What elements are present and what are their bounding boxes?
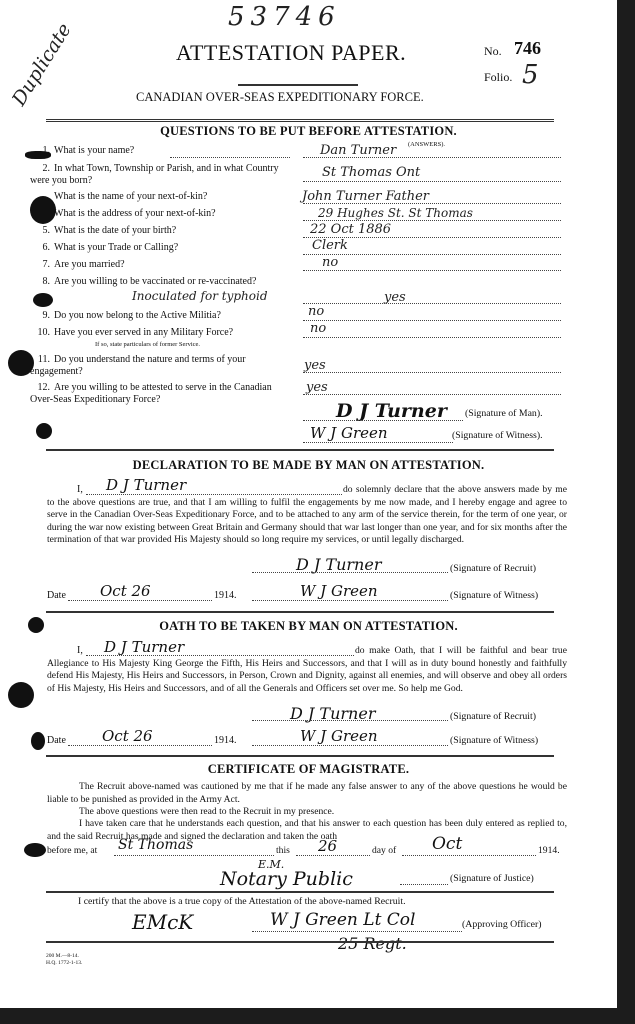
declaration-witness-line <box>252 600 448 601</box>
magistrate-before-label: before me, at <box>47 845 97 856</box>
question-10: 10.Have you ever served in any Military … <box>30 327 300 339</box>
oath-divider <box>46 755 554 757</box>
answer-10-line <box>303 337 561 338</box>
oath-signature-recruit-label: (Signature of Recruit) <box>450 711 536 722</box>
magistrate-para-2: The above questions were then read to th… <box>47 806 567 819</box>
answer-1-line <box>303 157 561 158</box>
answer-4-line <box>303 220 561 221</box>
answer-understand: yes <box>304 358 326 373</box>
answer-willing-attest: yes <box>306 380 328 395</box>
declaration-signature-recruit-label: (Signature of Recruit) <box>450 563 536 574</box>
answer-11-line <box>303 372 561 373</box>
answer-8-line <box>303 303 561 304</box>
document-subtitle: CANADIAN OVER-SEAS EXPEDITIONARY FORCE. <box>136 90 424 105</box>
questions-divider <box>46 449 554 451</box>
question-next-of-kin-name: What is the name of your next-of-kin? <box>54 191 294 203</box>
questions-section-title: QUESTIONS TO BE PUT BEFORE ATTESTATION. <box>0 124 617 139</box>
magistrate-day-line <box>296 855 370 856</box>
magistrate-year: 1914. <box>538 845 560 856</box>
punch-hole <box>36 423 52 439</box>
magistrate-signature: Notary Public <box>220 868 353 890</box>
oath-date-line <box>68 745 212 746</box>
declaration-recruit-line <box>252 572 448 573</box>
oath-signature-witness-label: (Signature of Witness) <box>450 735 538 746</box>
signature-of-witness: W J Green <box>310 424 388 442</box>
answer-birthplace: St Thomas Ont <box>322 165 420 180</box>
punch-hole <box>8 682 34 708</box>
vaccination-margin-note: Inoculated for typhoid <box>132 289 268 303</box>
answer-3-line <box>303 203 561 204</box>
question-8: 8.Are you willing to be vaccinated or re… <box>30 276 292 288</box>
question-7: 7.Are you married? <box>30 259 292 271</box>
header-divider <box>46 119 554 122</box>
signature-of-man: D J Turner <box>336 400 447 422</box>
punch-hole <box>31 732 45 750</box>
question-1-leader <box>170 157 290 158</box>
declaration-signature-witness: W J Green <box>300 582 378 600</box>
answer-next-of-kin-name: John Turner Father <box>302 189 429 204</box>
oath-recruit-line <box>252 720 448 721</box>
declaration-date-label: Date <box>47 590 66 601</box>
declaration-year: 1914. <box>214 590 237 601</box>
attestation-paper: 53746 Duplicate ATTESTATION PAPER. CANAD… <box>0 0 617 1008</box>
magistrate-place-line <box>114 855 274 856</box>
duplicate-annotation: Duplicate <box>8 19 76 109</box>
question-10-subtext: If so, state particulars of former Servi… <box>95 341 200 348</box>
certification-divider <box>46 941 554 943</box>
punch-hole <box>28 617 44 633</box>
answer-9-line <box>303 320 561 321</box>
punch-hole <box>33 293 53 307</box>
answer-married: no <box>322 255 338 270</box>
magistrate-divider <box>46 891 554 893</box>
magistrate-title: CERTIFICATE OF MAGISTRATE. <box>0 762 617 777</box>
oath-date-value: Oct 26 <box>102 727 153 745</box>
declaration-date-line <box>68 600 212 601</box>
approving-officer-label: (Approving Officer) <box>462 919 542 930</box>
oath-text: do make Oath, that I will be faithful an… <box>47 645 567 695</box>
question-12: 12.Are you willing to be attested to ser… <box>30 382 292 406</box>
magistrate-place: St Thomas <box>118 837 193 853</box>
answer-12-line <box>303 394 561 395</box>
certification-initials: EMcK <box>132 910 193 934</box>
declaration-date-value: Oct 26 <box>100 582 151 600</box>
oath-title: OATH TO BE TAKEN BY MAN ON ATTESTATION. <box>0 619 617 634</box>
declaration-signature-witness-label: (Signature of Witness) <box>450 590 538 601</box>
answer-7-line <box>303 270 561 271</box>
magistrate-month: Oct <box>432 834 462 854</box>
signature-man-line <box>303 420 463 421</box>
signature-witness-line <box>303 442 453 443</box>
certification-text: I certify that the above is a true copy … <box>78 896 406 907</box>
title-underline <box>238 84 358 86</box>
oath-witness-line <box>252 745 448 746</box>
magistrate-signature-line <box>400 884 448 885</box>
no-label: No. <box>484 44 502 59</box>
question-11: 11.Do you understand the nature and term… <box>30 354 292 378</box>
regimental-number: 53746 <box>228 2 341 32</box>
answer-trade: Clerk <box>312 238 348 253</box>
punch-hole <box>8 350 34 376</box>
approving-officer-signature: W J Green Lt Col <box>270 910 415 930</box>
approving-officer-line <box>252 931 462 932</box>
punch-hole <box>30 196 56 224</box>
signature-of-man-label: (Signature of Man). <box>465 408 543 419</box>
declaration-text: do solemnly declare that the above answe… <box>47 484 567 547</box>
oath-year: 1914. <box>214 735 237 746</box>
answer-birth-date: 22 Oct 1886 <box>310 222 391 237</box>
folio-value: 5 <box>522 60 539 90</box>
question-6: 6.What is your Trade or Calling? <box>30 242 292 254</box>
ink-blot <box>25 151 51 159</box>
magistrate-day-of-label: day of <box>372 845 396 856</box>
magistrate-this-label: this <box>276 845 290 856</box>
question-next-of-kin-address: What is the address of your next-of-kin? <box>54 208 294 220</box>
question-2: 2.In what Town, Township or Parish, and … <box>30 163 292 187</box>
magistrate-month-line <box>402 855 536 856</box>
print-code-1: 200 M.—8-14. <box>46 953 79 960</box>
answer-next-of-kin-address: 29 Hughes St. St Thomas <box>318 206 473 220</box>
folio-label: Folio. <box>484 70 512 85</box>
no-value: 746 <box>514 38 541 59</box>
print-code-2: H.Q. 1772-1-13. <box>46 960 82 967</box>
answer-militia: no <box>308 304 324 319</box>
declaration-divider <box>46 611 554 613</box>
answer-2-line <box>303 181 561 182</box>
answer-6-line <box>303 254 561 255</box>
signature-of-witness-label: (Signature of Witness). <box>452 430 543 441</box>
declaration-title: DECLARATION TO BE MADE BY MAN ON ATTESTA… <box>0 458 617 473</box>
answers-label: (ANSWERS). <box>408 141 445 148</box>
answer-military-service: no <box>310 321 326 336</box>
document-title: ATTESTATION PAPER. <box>176 40 406 66</box>
question-5: 5.What is the date of your birth? <box>30 225 292 237</box>
magistrate-para-1: The Recruit above-named was cautioned by… <box>47 781 567 806</box>
magistrate-signature-label: (Signature of Justice) <box>450 873 534 884</box>
question-9: 9.Do you now belong to the Active Militi… <box>30 310 292 322</box>
question-1: 1.What is your name? <box>30 145 290 157</box>
magistrate-day: 26 <box>318 837 337 855</box>
answer-name: Dan Turner <box>320 143 396 158</box>
oath-date-label: Date <box>47 735 66 746</box>
approving-officer-unit: 25 Regt. <box>338 934 407 953</box>
punch-hole <box>24 843 46 857</box>
oath-signature-witness: W J Green <box>300 727 378 745</box>
